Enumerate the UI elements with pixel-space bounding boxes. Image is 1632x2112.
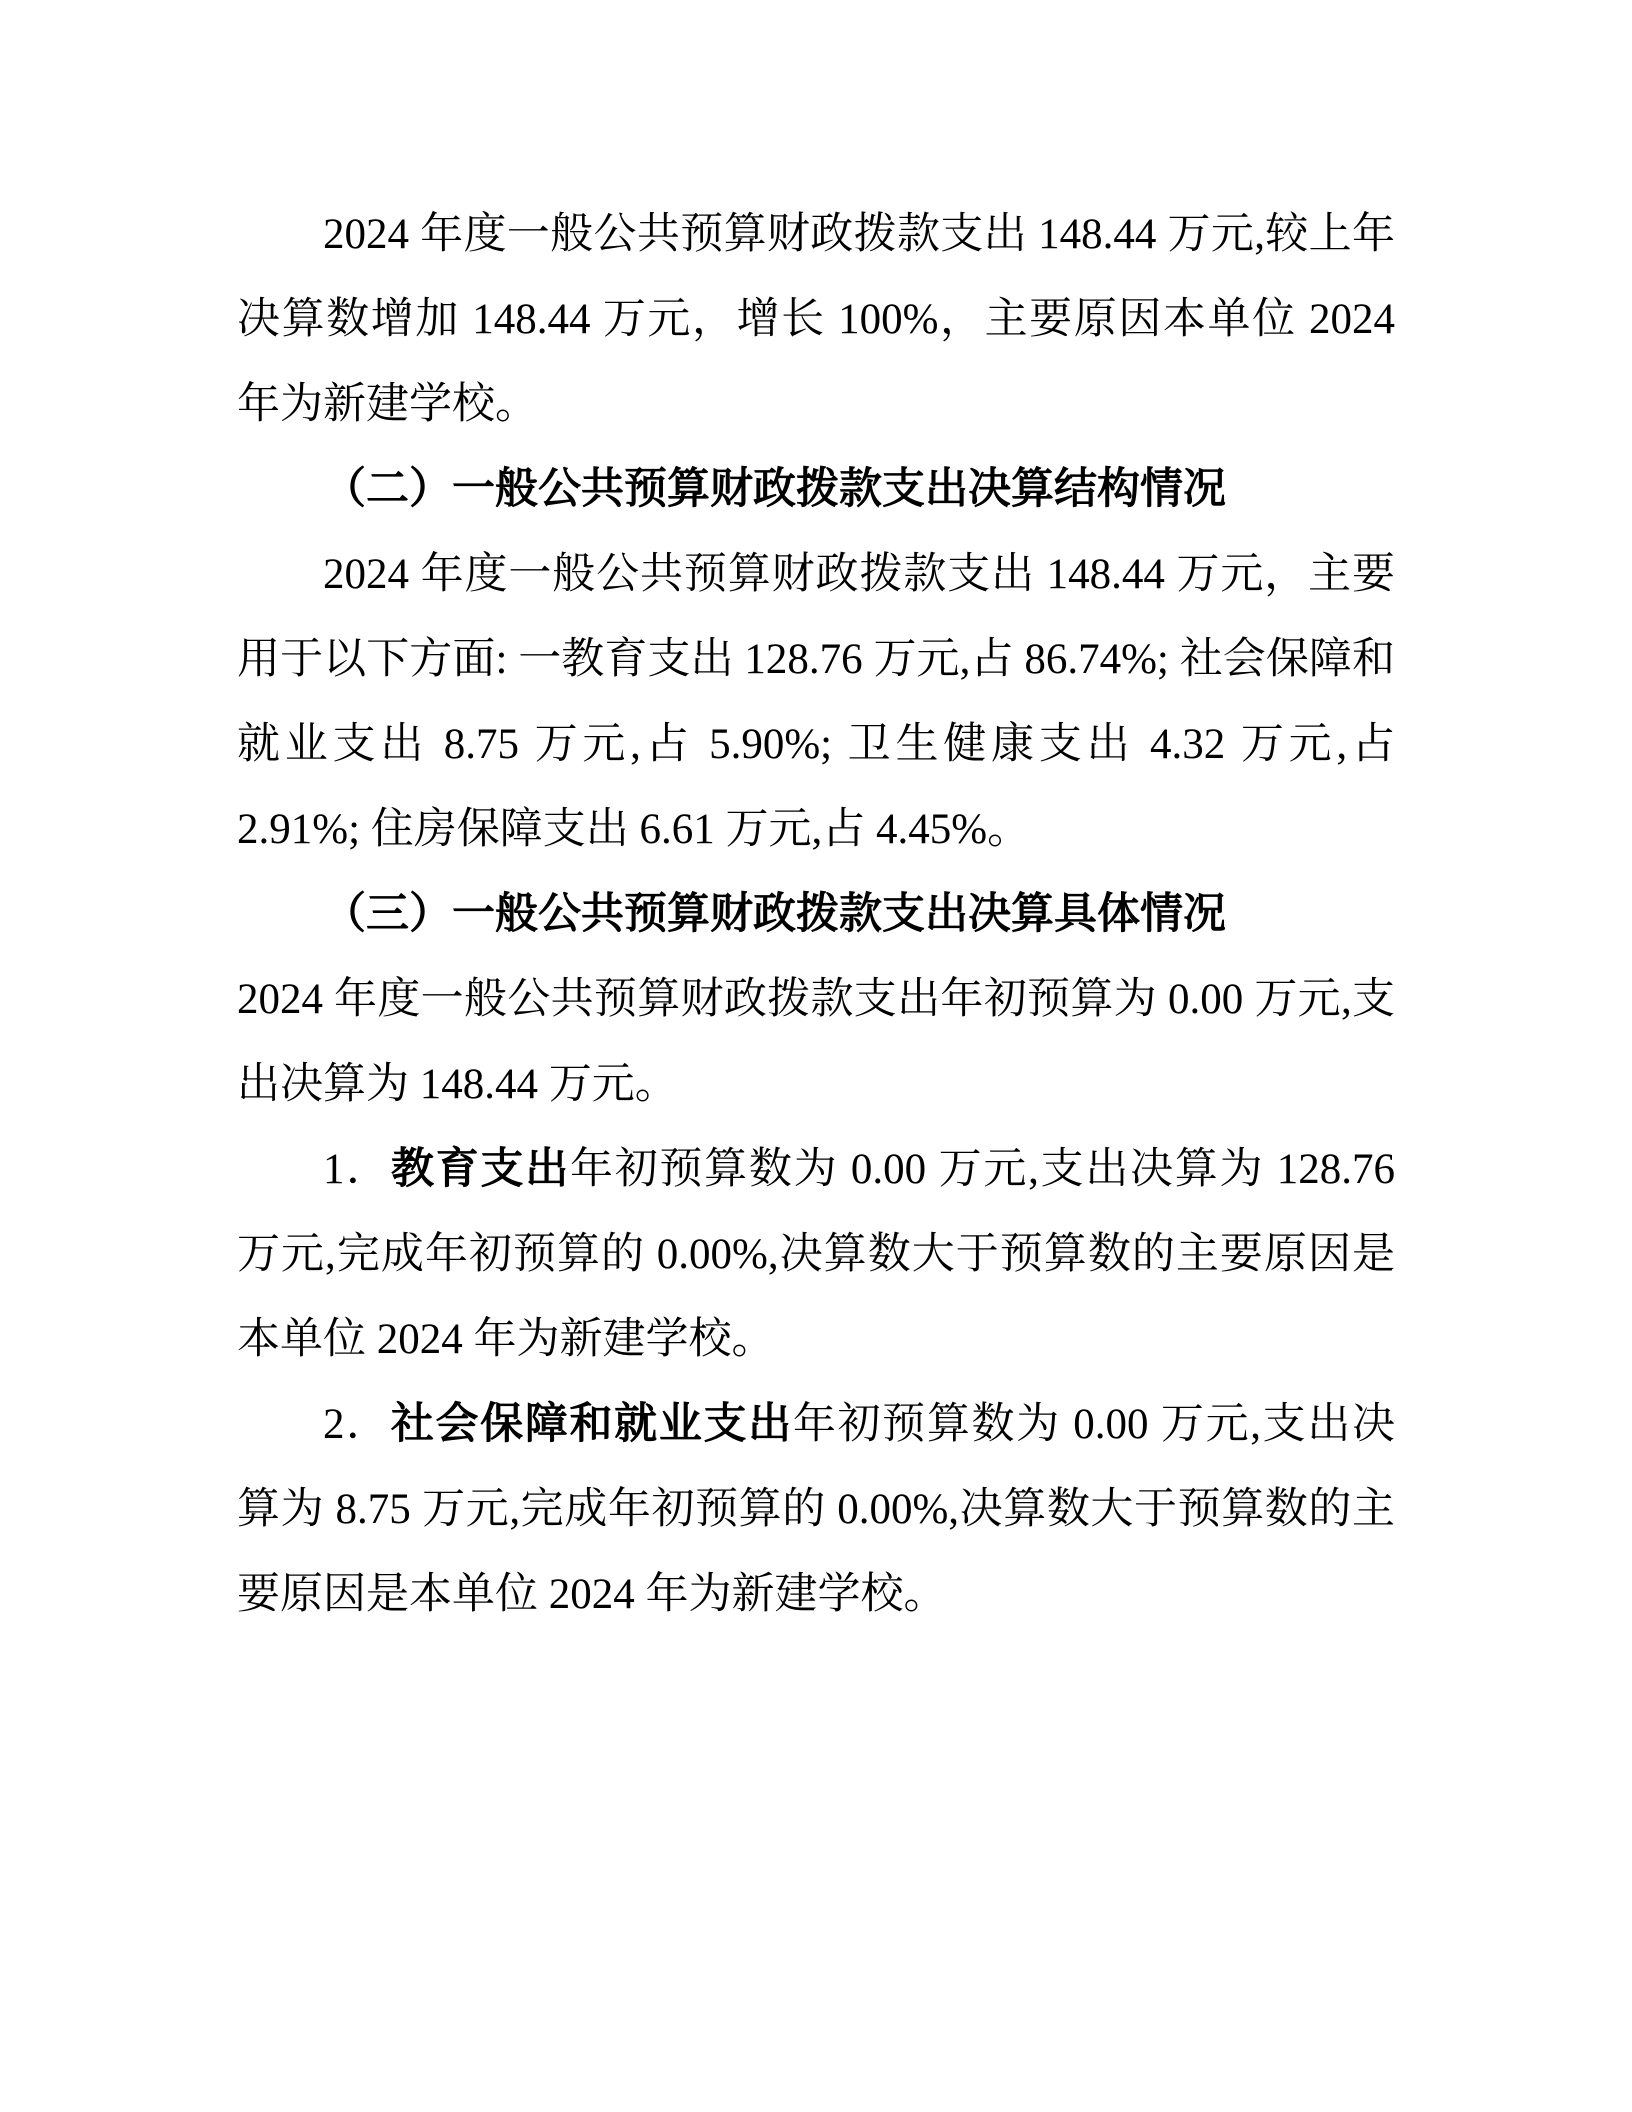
text-run: 2024 年度一般公共预算财政拨款支出 148.44 万元，主要用于以下方面: … — [237, 551, 1395, 853]
section-heading: （二）一般公共预算财政拨款支出决算结构情况 — [237, 447, 1395, 532]
document-page: 2024 年度一般公共预算财政拨款支出 148.44 万元,较上年决算数增加 1… — [0, 0, 1632, 2112]
paragraph: 2024 年度一般公共预算财政拨款支出 148.44 万元,较上年决算数增加 1… — [237, 192, 1395, 447]
text-run: 1． — [323, 1146, 391, 1193]
text-run-bold: 社会保障和就业支出 — [391, 1401, 793, 1448]
text-run-bold: 教育支出 — [391, 1146, 570, 1193]
text-run-bold: （三）一般公共预算财政拨款支出决算具体情况 — [323, 891, 1226, 938]
text-run-bold: （二）一般公共预算财政拨款支出决算结构情况 — [323, 466, 1226, 513]
section-heading: （三）一般公共预算财政拨款支出决算具体情况 — [237, 872, 1395, 957]
text-run: 2． — [323, 1401, 391, 1448]
paragraph: 2024 年度一般公共预算财政拨款支出 148.44 万元，主要用于以下方面: … — [237, 532, 1395, 872]
paragraph: 2．社会保障和就业支出年初预算数为 0.00 万元,支出决算为 8.75 万元,… — [237, 1382, 1395, 1637]
document-body: 2024 年度一般公共预算财政拨款支出 148.44 万元,较上年决算数增加 1… — [237, 192, 1395, 1637]
paragraph: 1．教育支出年初预算数为 0.00 万元,支出决算为 128.76 万元,完成年… — [237, 1127, 1395, 1382]
paragraph: 2024 年度一般公共预算财政拨款支出年初预算为 0.00 万元,支出决算为 1… — [237, 957, 1395, 1127]
text-run: 2024 年度一般公共预算财政拨款支出 148.44 万元,较上年决算数增加 1… — [237, 211, 1395, 428]
text-run: 2024 年度一般公共预算财政拨款支出年初预算为 0.00 万元,支出决算为 1… — [237, 976, 1395, 1108]
